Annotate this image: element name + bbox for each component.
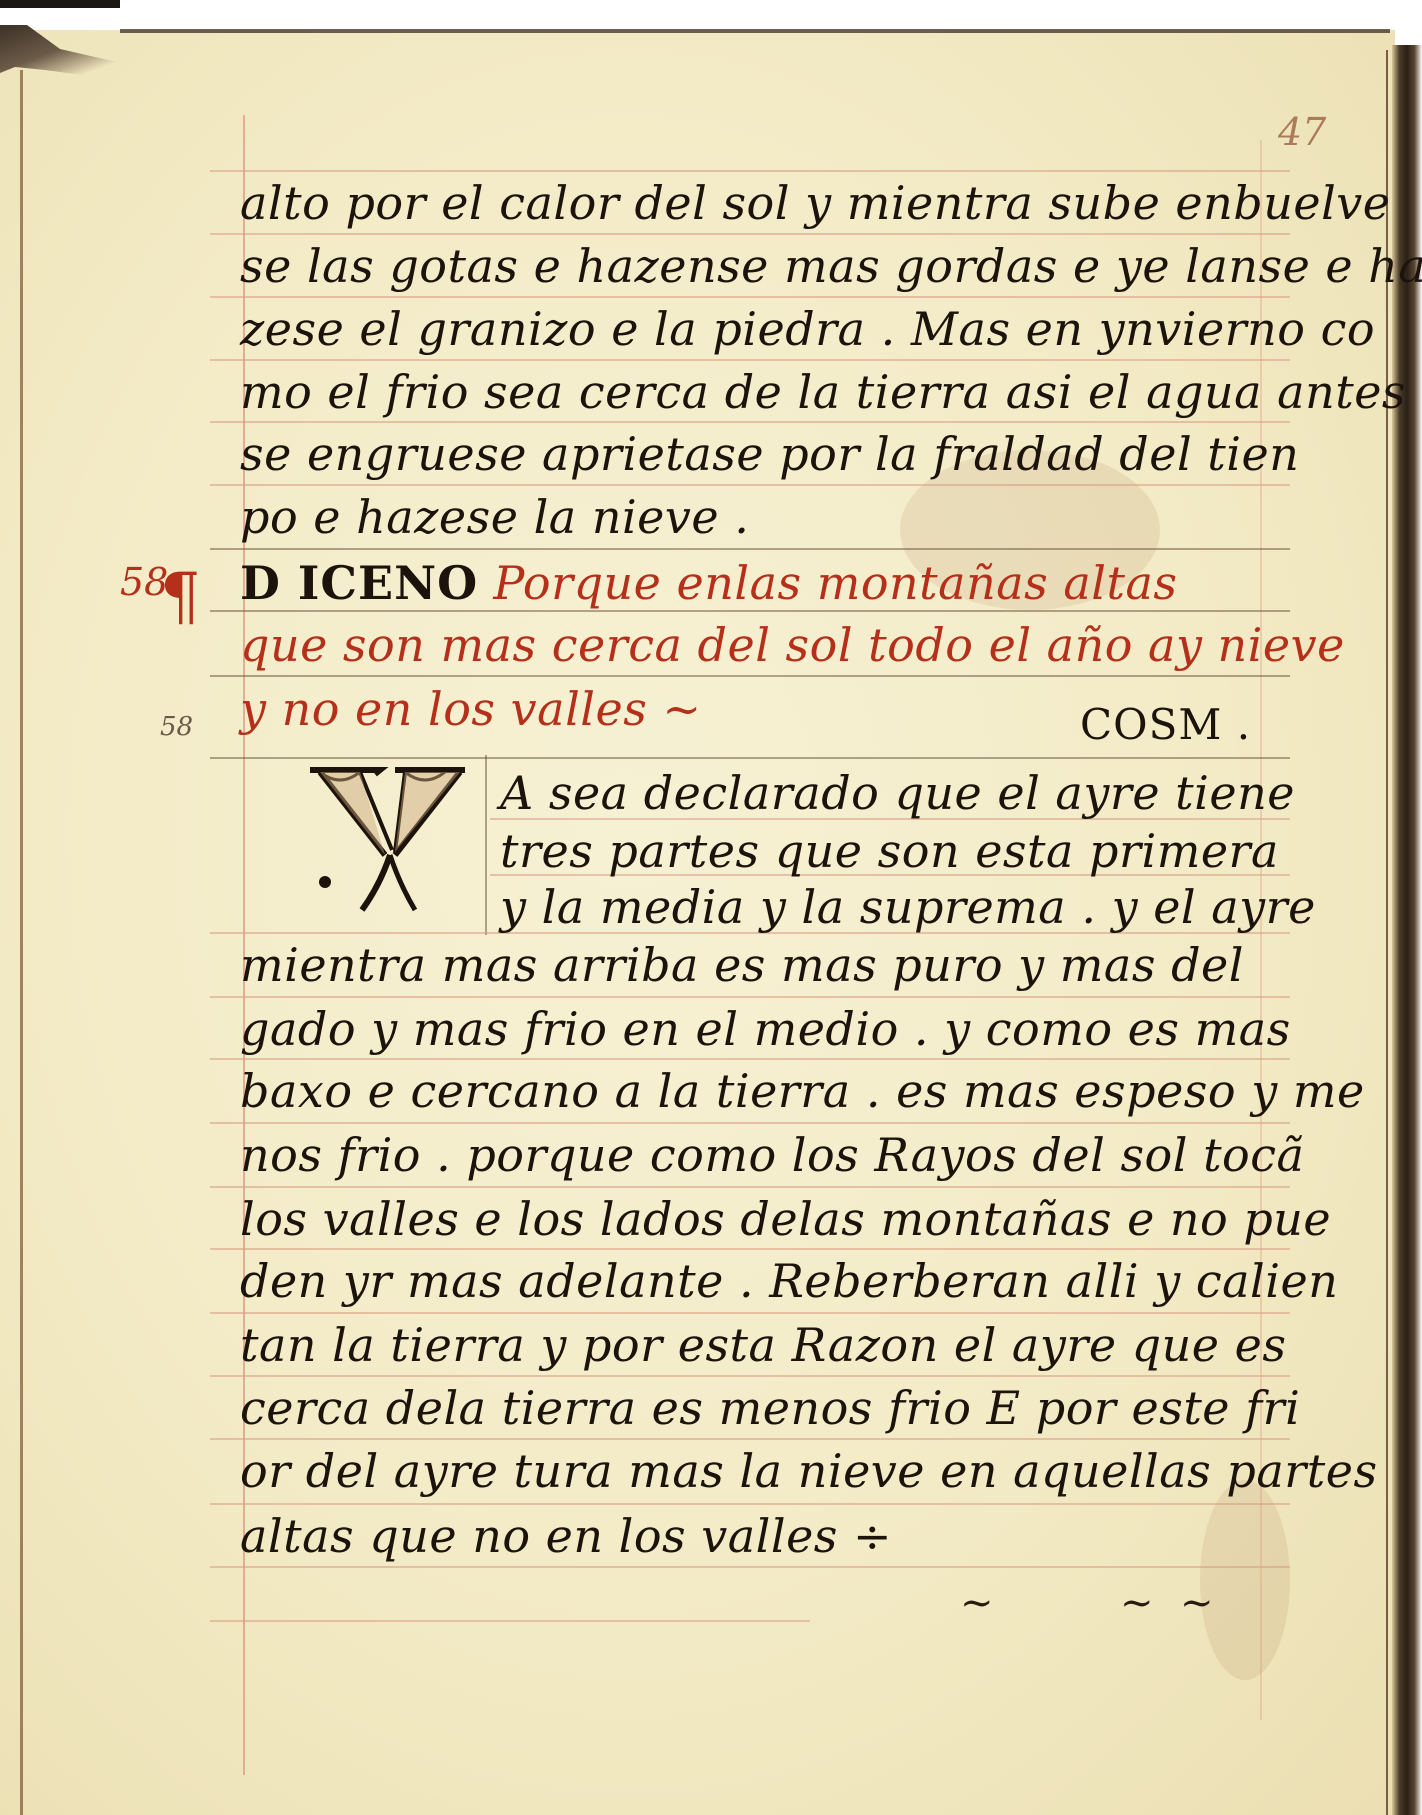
text-line: cerca dela tierra es menos frio E por es… xyxy=(240,1385,1300,1431)
text-line: gado y mas frio en el medio . y como es … xyxy=(240,1006,1291,1052)
scan-top-margin xyxy=(38,0,1398,30)
ruling-line xyxy=(210,296,1290,298)
ruling-line xyxy=(210,1566,1290,1568)
text-line: se engruese aprietase por la fraldad del… xyxy=(240,431,1299,477)
section-label: COSM . xyxy=(1080,700,1251,749)
ruling-line xyxy=(210,1620,810,1622)
text-line: zese el granizo e la piedra . Mas en ynv… xyxy=(240,306,1375,352)
ruling-line xyxy=(210,1186,1290,1188)
ruling-line xyxy=(210,1438,1290,1440)
text-line: mientra mas arriba es mas puro y mas del xyxy=(240,942,1244,988)
ruling-line xyxy=(210,996,1290,998)
rubric-line: que son mas cerca del sol todo el año ay… xyxy=(240,622,1345,668)
initial-y-icon xyxy=(300,760,470,920)
rubric-line: y no en los valles ~ xyxy=(240,686,702,732)
page-right-edge xyxy=(1386,50,1388,1815)
text-line: baxo e cercano a la tierra . es mas espe… xyxy=(240,1068,1365,1114)
text-line: A sea declarado que el ayre tiene xyxy=(500,770,1295,816)
rubric-text: Porque enlas montañas altas xyxy=(493,556,1177,610)
line-filler-mark: ~ xyxy=(960,1580,994,1626)
pilcrow-icon: ¶ xyxy=(160,560,201,634)
ruling-line xyxy=(210,548,1290,550)
text-line: mo el frio sea cerca de la tierra asi el… xyxy=(240,369,1422,415)
ruling-line xyxy=(210,610,1290,612)
line-filler-mark: ~ xyxy=(1180,1580,1214,1626)
ruling-line xyxy=(210,170,1290,172)
text-line: nos frio . porque como los Rayos del sol… xyxy=(240,1132,1304,1178)
text-line: altas que no en los valles ÷ xyxy=(240,1513,892,1559)
text-line: or del ayre tura mas la nieve en aquella… xyxy=(240,1448,1378,1494)
book-fore-edge xyxy=(1392,45,1422,1815)
ruling-line xyxy=(210,1058,1290,1060)
text-line: den yr mas adelante . Reberberan alli y … xyxy=(240,1258,1338,1304)
scan-edge-tab xyxy=(0,0,120,8)
text-line: se las gotas e hazense mas gordas e ye l… xyxy=(240,243,1422,289)
text-line: los valles e los lados delas montañas e … xyxy=(240,1196,1331,1242)
margin-number: 58 xyxy=(160,712,193,742)
folio-number: 47 xyxy=(1278,110,1326,154)
ruling-line xyxy=(210,484,1290,486)
ruling-line xyxy=(210,233,1290,235)
ruling-line xyxy=(210,675,1290,677)
text-line: tres partes que son esta primera xyxy=(500,828,1279,874)
line-filler-mark: ~ xyxy=(1120,1580,1154,1626)
text-line: tan la tierra y por esta Razon el ayre q… xyxy=(240,1322,1286,1368)
decorated-initial-y xyxy=(300,760,470,920)
ruling-line xyxy=(210,1375,1290,1377)
text-line: y la media y la suprema . y el ayre xyxy=(500,884,1316,930)
initial-box-ruling xyxy=(485,755,487,935)
ruling-line xyxy=(210,359,1290,361)
ruling-line xyxy=(210,1248,1290,1250)
ruling-line xyxy=(210,1122,1290,1124)
ruling-line xyxy=(210,1312,1290,1314)
ruling-line xyxy=(210,1503,1290,1505)
rubric-line: D ICENO Porque enlas montañas altas xyxy=(240,560,1178,606)
text-line: po e hazese la nieve . xyxy=(240,494,749,540)
page-top-edge xyxy=(120,29,1390,33)
rubric-lead: D ICENO xyxy=(240,556,478,610)
ruling-line xyxy=(210,757,1290,759)
text-line: alto por el calor del sol y mientra sube… xyxy=(240,180,1391,226)
binding-left-edge xyxy=(20,70,23,1815)
ruling-line xyxy=(210,421,1290,423)
